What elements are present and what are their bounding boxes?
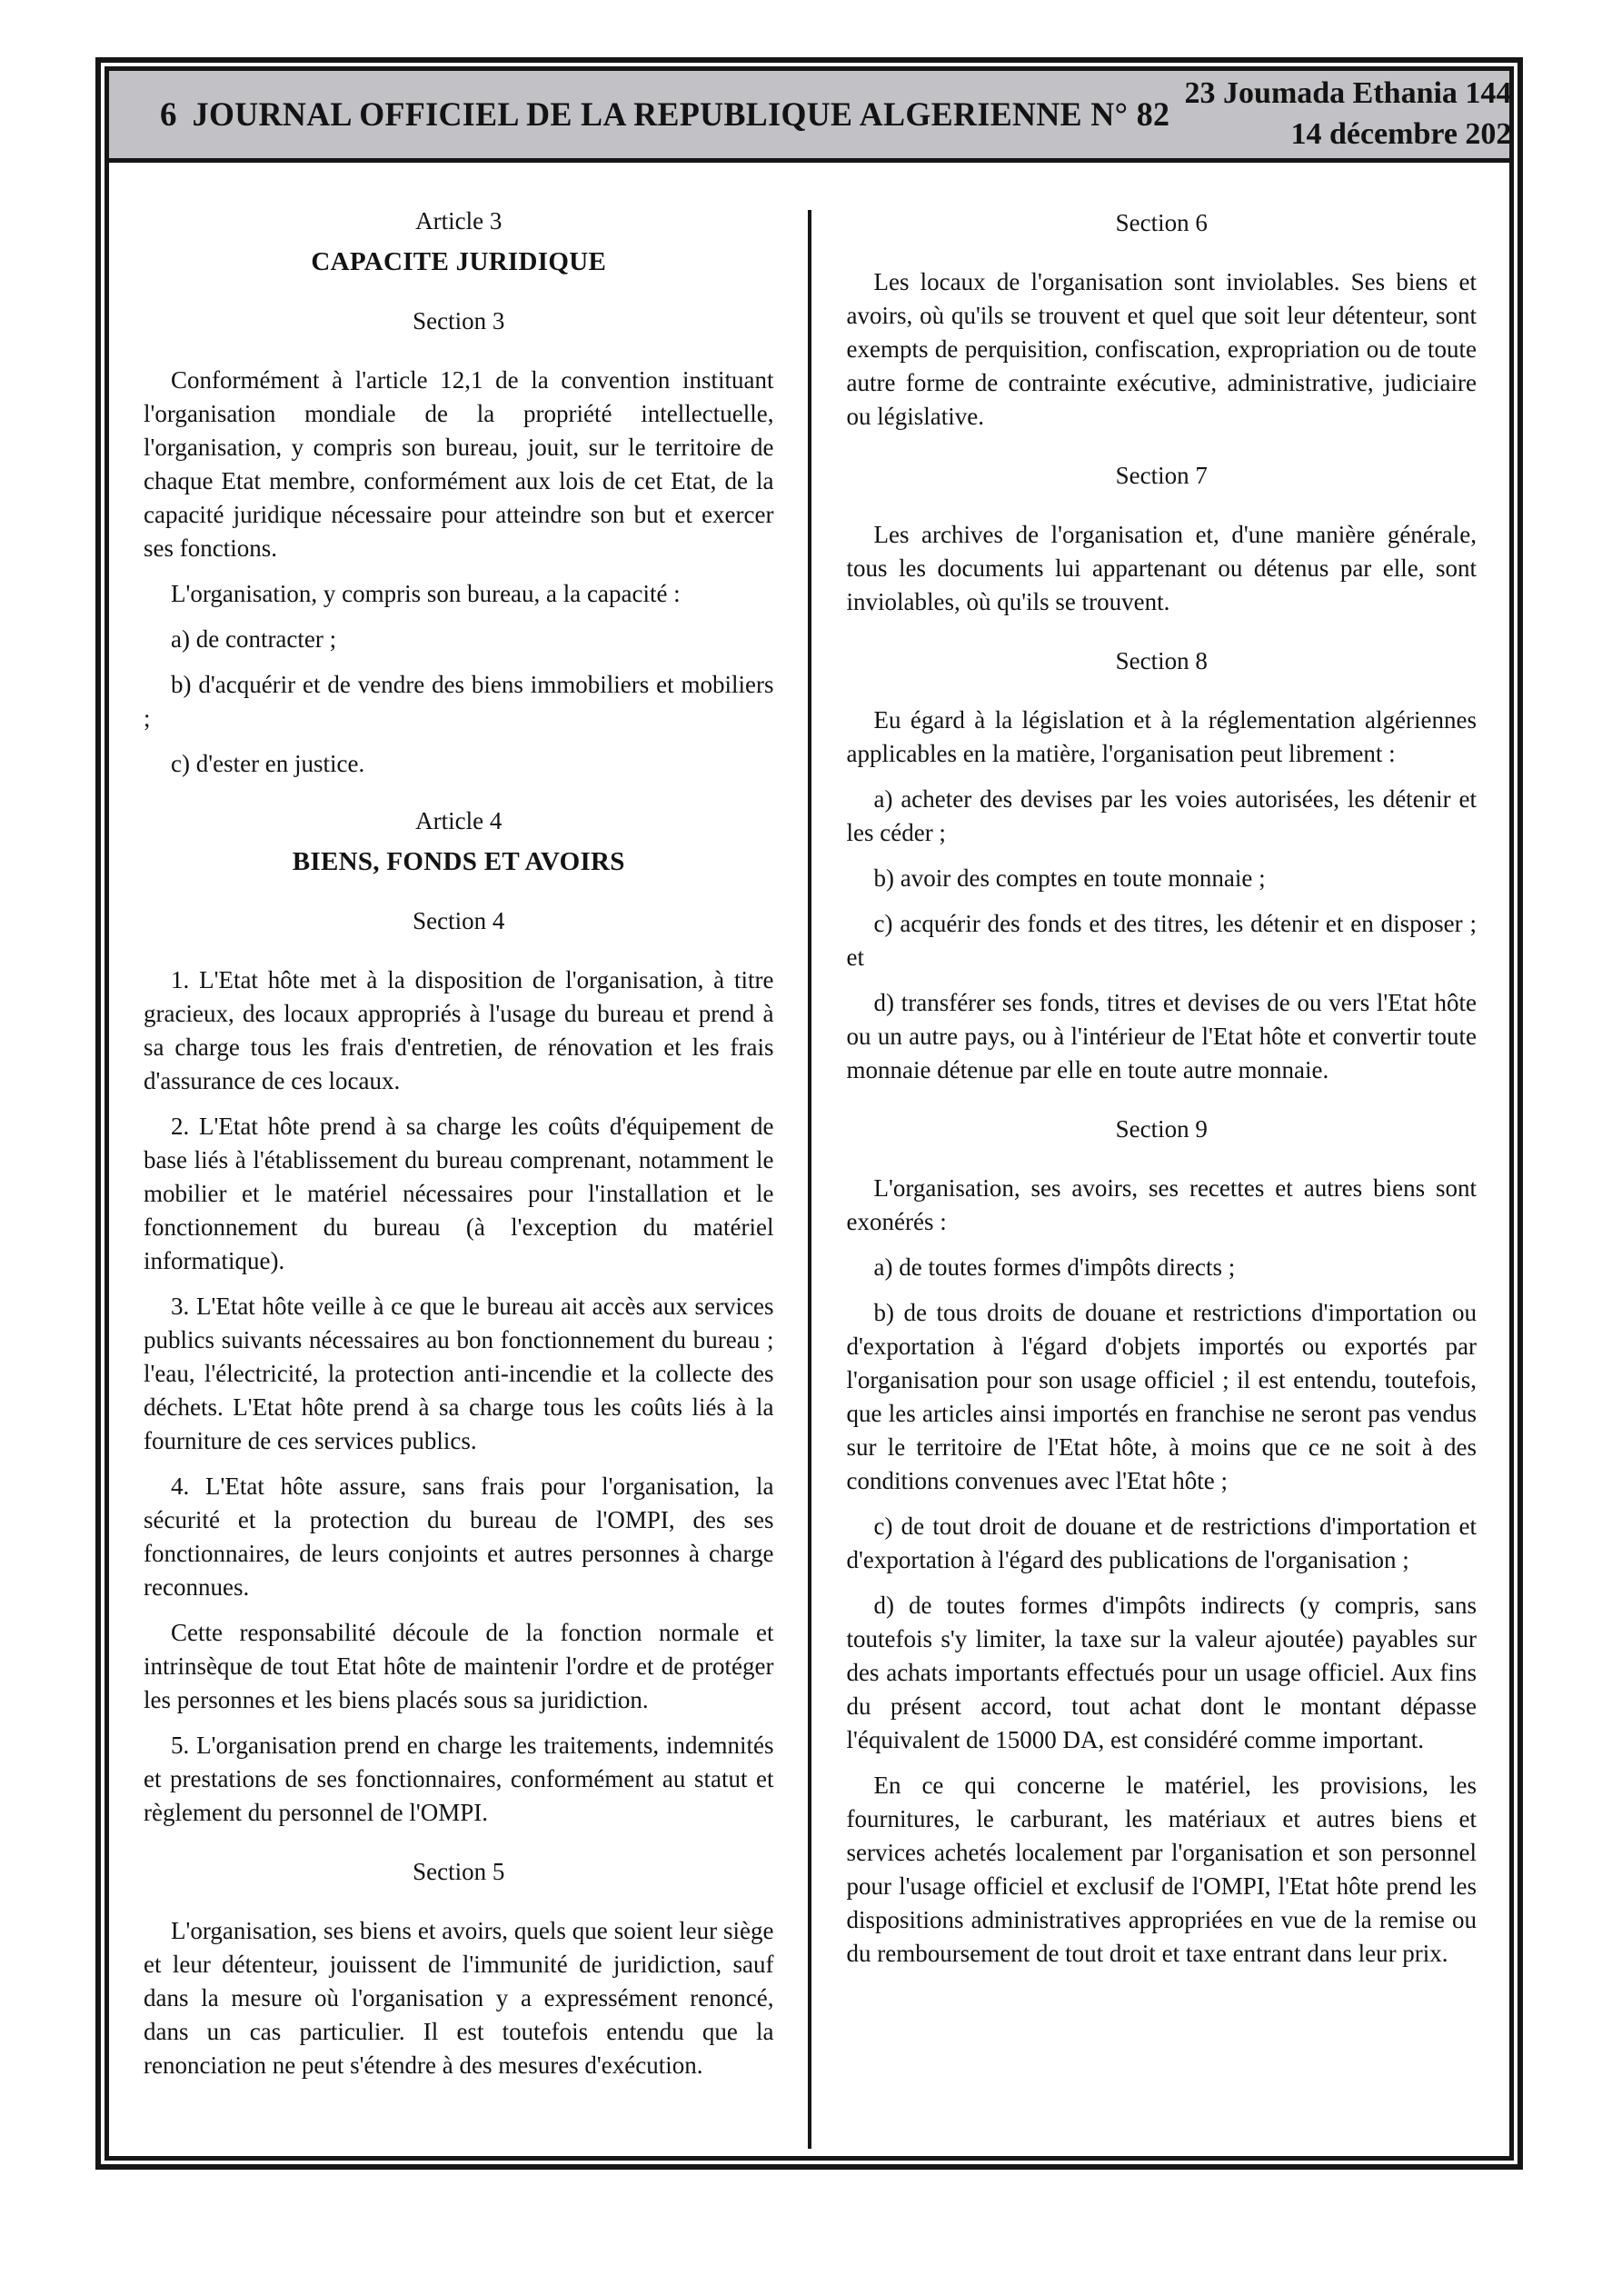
paragraph: b) d'acquérir et de vendre des biens imm… bbox=[144, 668, 774, 735]
paragraph: En ce qui concerne le matériel, les prov… bbox=[847, 1769, 1478, 1971]
paragraph: b) avoir des comptes en toute monnaie ; bbox=[847, 862, 1478, 895]
section-heading: Section 9 bbox=[847, 1113, 1478, 1146]
paragraph: a) de contracter ; bbox=[144, 623, 774, 656]
section-heading: Section 5 bbox=[144, 1855, 774, 1889]
paragraph: 5. L'organisation prend en charge les tr… bbox=[144, 1729, 774, 1830]
paragraph: L'organisation, y compris son bureau, a … bbox=[144, 577, 774, 611]
paragraph: a) acheter des devises par les voies aut… bbox=[847, 783, 1478, 850]
page-header: 6 JOURNAL OFFICIEL DE LA REPUBLIQUE ALGE… bbox=[109, 71, 1509, 163]
paragraph: 2. L'Etat hôte prend à sa charge les coû… bbox=[144, 1110, 774, 1278]
date-hijri: 23 Joumada Ethania 1447 bbox=[1185, 74, 1514, 115]
left-column: Article 3CAPACITE JURIDIQUESection 3Conf… bbox=[122, 181, 811, 2149]
paragraph: Cette responsabilité découle de la fonct… bbox=[144, 1616, 774, 1717]
paragraph: c) acquérir des fonds et des titres, les… bbox=[847, 907, 1478, 974]
paragraph: d) de toutes formes d'impôts indirects (… bbox=[847, 1589, 1478, 1757]
date-gregorian: 14 décembre 2025 bbox=[1185, 115, 1514, 155]
paragraph: Conformément à l'article 12,1 de la conv… bbox=[144, 364, 774, 565]
section-heading: Section 6 bbox=[847, 206, 1478, 240]
section-heading: Section 3 bbox=[144, 304, 774, 338]
paragraph: d) transférer ses fonds, titres et devis… bbox=[847, 986, 1478, 1087]
section-heading: Section 8 bbox=[847, 644, 1478, 678]
paragraph: b) de tous droits de douane et restricti… bbox=[847, 1296, 1478, 1498]
paragraph: a) de toutes formes d'impôts directs ; bbox=[847, 1251, 1478, 1284]
section-heading: Section 4 bbox=[144, 904, 774, 938]
page-body: Article 3CAPACITE JURIDIQUESection 3Conf… bbox=[109, 163, 1509, 2156]
page-frame-inner: 6 JOURNAL OFFICIEL DE LA REPUBLIQUE ALGE… bbox=[104, 66, 1514, 2161]
paragraph: L'organisation, ses biens et avoirs, que… bbox=[144, 1914, 774, 2082]
paragraph: Les locaux de l'organisation sont inviol… bbox=[847, 265, 1478, 434]
paragraph: c) de tout droit de douane et de restric… bbox=[847, 1510, 1478, 1577]
paragraph: Les archives de l'organisation et, d'une… bbox=[847, 518, 1478, 619]
page-number: 6 bbox=[109, 95, 177, 135]
article-title: CAPACITE JURIDIQUE bbox=[144, 245, 774, 279]
paragraph: L'organisation, ses avoirs, ses recettes… bbox=[847, 1172, 1478, 1239]
article-heading: Article 4 bbox=[144, 804, 774, 838]
column-divider bbox=[808, 210, 811, 2149]
journal-title: JOURNAL OFFICIEL DE LA REPUBLIQUE ALGERI… bbox=[192, 95, 1169, 135]
paragraph: 3. L'Etat hôte veille à ce que le bureau… bbox=[144, 1290, 774, 1458]
section-heading: Section 7 bbox=[847, 459, 1478, 493]
article-title: BIENS, FONDS ET AVOIRS bbox=[144, 845, 774, 879]
header-dates: 23 Joumada Ethania 1447 14 décembre 2025 bbox=[1185, 74, 1514, 155]
paragraph: 4. L'Etat hôte assure, sans frais pour l… bbox=[144, 1470, 774, 1604]
article-heading: Article 3 bbox=[144, 205, 774, 238]
paragraph: c) d'ester en justice. bbox=[144, 747, 774, 781]
right-column: Section 6Les locaux de l'organisation so… bbox=[811, 181, 1499, 2149]
paragraph: 1. L'Etat hôte met à la disposition de l… bbox=[144, 963, 774, 1098]
journal-page: 6 JOURNAL OFFICIEL DE LA REPUBLIQUE ALGE… bbox=[0, 0, 1622, 2296]
paragraph: Eu égard à la législation et à la réglem… bbox=[847, 704, 1478, 771]
page-frame: 6 JOURNAL OFFICIEL DE LA REPUBLIQUE ALGE… bbox=[95, 57, 1523, 2170]
